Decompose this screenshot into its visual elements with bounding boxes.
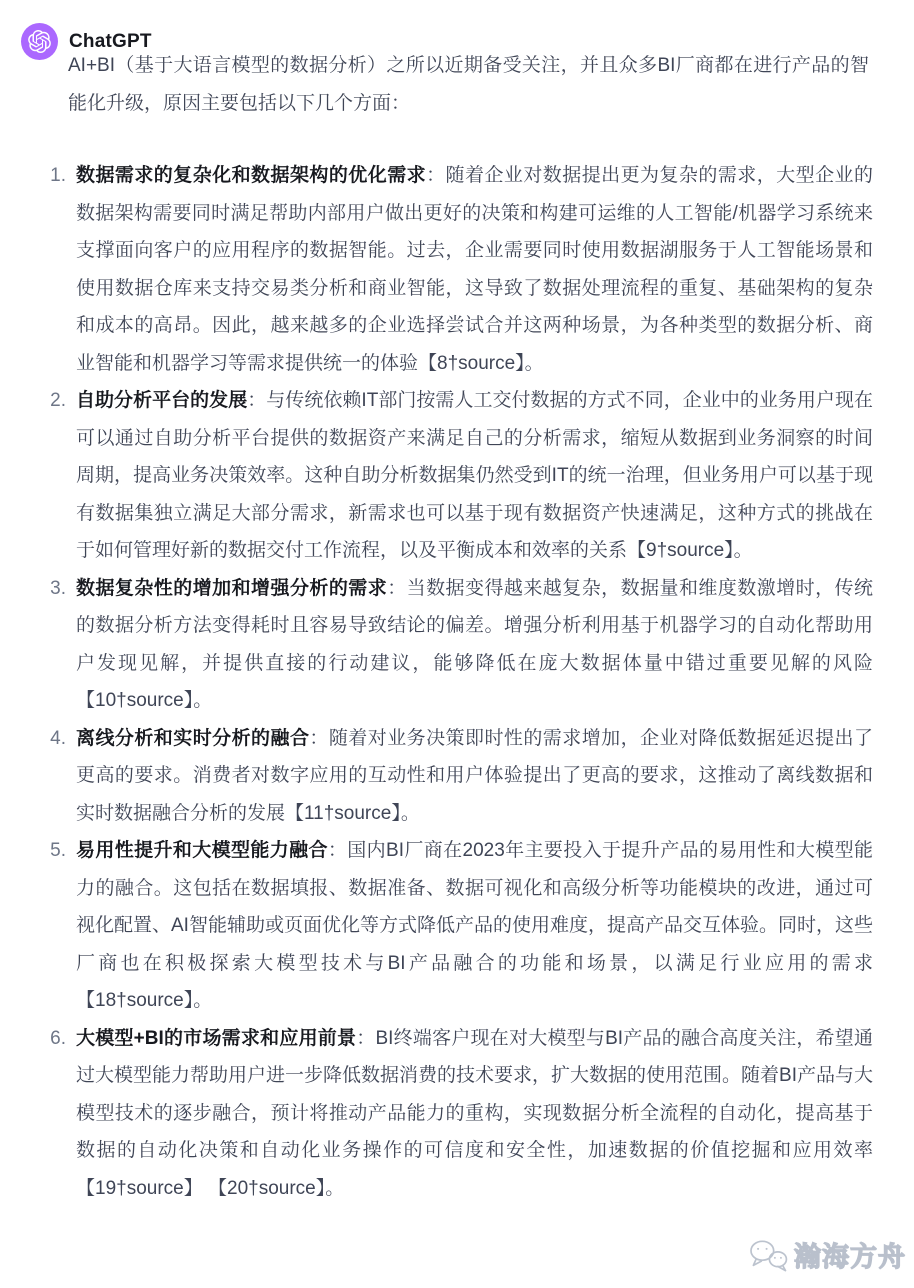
list-item-number: 4. xyxy=(41,720,66,833)
list-item-body: ：BI终端客户现在对大模型与BI产品的融合高度关注，希望通过大模型能力帮助用户进… xyxy=(76,1028,873,1199)
list-item-number: 3. xyxy=(41,570,66,720)
list-item-title: 数据复杂性的增加和增强分析的需求 xyxy=(76,578,387,599)
chatgpt-avatar xyxy=(21,23,58,60)
list-item-text: 数据需求的复杂化和数据架构的优化需求：随着企业对数据提出更为复杂的需求，大型企业… xyxy=(76,157,873,382)
list-item: 1. 数据需求的复杂化和数据架构的优化需求：随着企业对数据提出更为复杂的需求，大… xyxy=(41,157,873,382)
list-item: 3. 数据复杂性的增加和增强分析的需求：当数据变得越来越复杂，数据量和维度数激增… xyxy=(41,570,873,720)
watermark: 瀚海方舟 xyxy=(747,1235,906,1274)
openai-logo-icon xyxy=(28,30,51,53)
list-item-body: ：国内BI厂商在2023年主要投入于提升产品的易用性和大模型能力的融合。这包括在… xyxy=(76,840,873,1011)
list-item-title: 离线分析和实时分析的融合 xyxy=(76,728,309,749)
list-item-body: ：与传统依赖IT部门按需人工交付数据的方式不同，企业中的业务用户现在可以通过自助… xyxy=(76,390,873,561)
list-item: 5. 易用性提升和大模型能力融合：国内BI厂商在2023年主要投入于提升产品的易… xyxy=(41,832,873,1020)
list-item-text: 大模型+BI的市场需求和应用前景：BI终端客户现在对大模型与BI产品的融合高度关… xyxy=(76,1020,873,1208)
list-item-text: 数据复杂性的增加和增强分析的需求：当数据变得越来越复杂，数据量和维度数激增时，传… xyxy=(76,570,873,720)
list-item-title: 大模型+BI的市场需求和应用前景 xyxy=(76,1028,356,1049)
list-item-number: 5. xyxy=(41,832,66,1020)
list-item-number: 2. xyxy=(41,382,66,570)
list-item-number: 1. xyxy=(41,157,66,382)
list-item-text: 易用性提升和大模型能力融合：国内BI厂商在2023年主要投入于提升产品的易用性和… xyxy=(76,832,873,1020)
list-item-number: 6. xyxy=(41,1020,66,1208)
watermark-text: 瀚海方舟 xyxy=(794,1235,906,1274)
chat-message-screen: ChatGPT AI+BI（基于大语言模型的数据分析）之所以近期备受关注，并且众… xyxy=(0,0,914,1288)
list-item-title: 自助分析平台的发展 xyxy=(76,390,247,411)
list-item-body: ：随着企业对数据提出更为复杂的需求，大型企业的数据架构需要同时满足帮助内部用户做… xyxy=(76,165,873,374)
intro-paragraph: AI+BI（基于大语言模型的数据分析）之所以近期备受关注，并且众多BI厂商都在进… xyxy=(68,47,869,123)
list-item-text: 自助分析平台的发展：与传统依赖IT部门按需人工交付数据的方式不同，企业中的业务用… xyxy=(76,382,873,570)
reasons-list: 1. 数据需求的复杂化和数据架构的优化需求：随着企业对数据提出更为复杂的需求，大… xyxy=(41,157,873,1207)
list-item: 4. 离线分析和实时分析的融合：随着对业务决策即时性的需求增加，企业对降低数据延… xyxy=(41,720,873,833)
list-item: 2. 自助分析平台的发展：与传统依赖IT部门按需人工交付数据的方式不同，企业中的… xyxy=(41,382,873,570)
list-item-text: 离线分析和实时分析的融合：随着对业务决策即时性的需求增加，企业对降低数据延迟提出… xyxy=(76,720,873,833)
list-item-title: 易用性提升和大模型能力融合 xyxy=(76,840,328,861)
list-item-title: 数据需求的复杂化和数据架构的优化需求 xyxy=(76,165,426,186)
list-item: 6. 大模型+BI的市场需求和应用前景：BI终端客户现在对大模型与BI产品的融合… xyxy=(41,1020,873,1208)
wechat-icon xyxy=(747,1238,789,1272)
